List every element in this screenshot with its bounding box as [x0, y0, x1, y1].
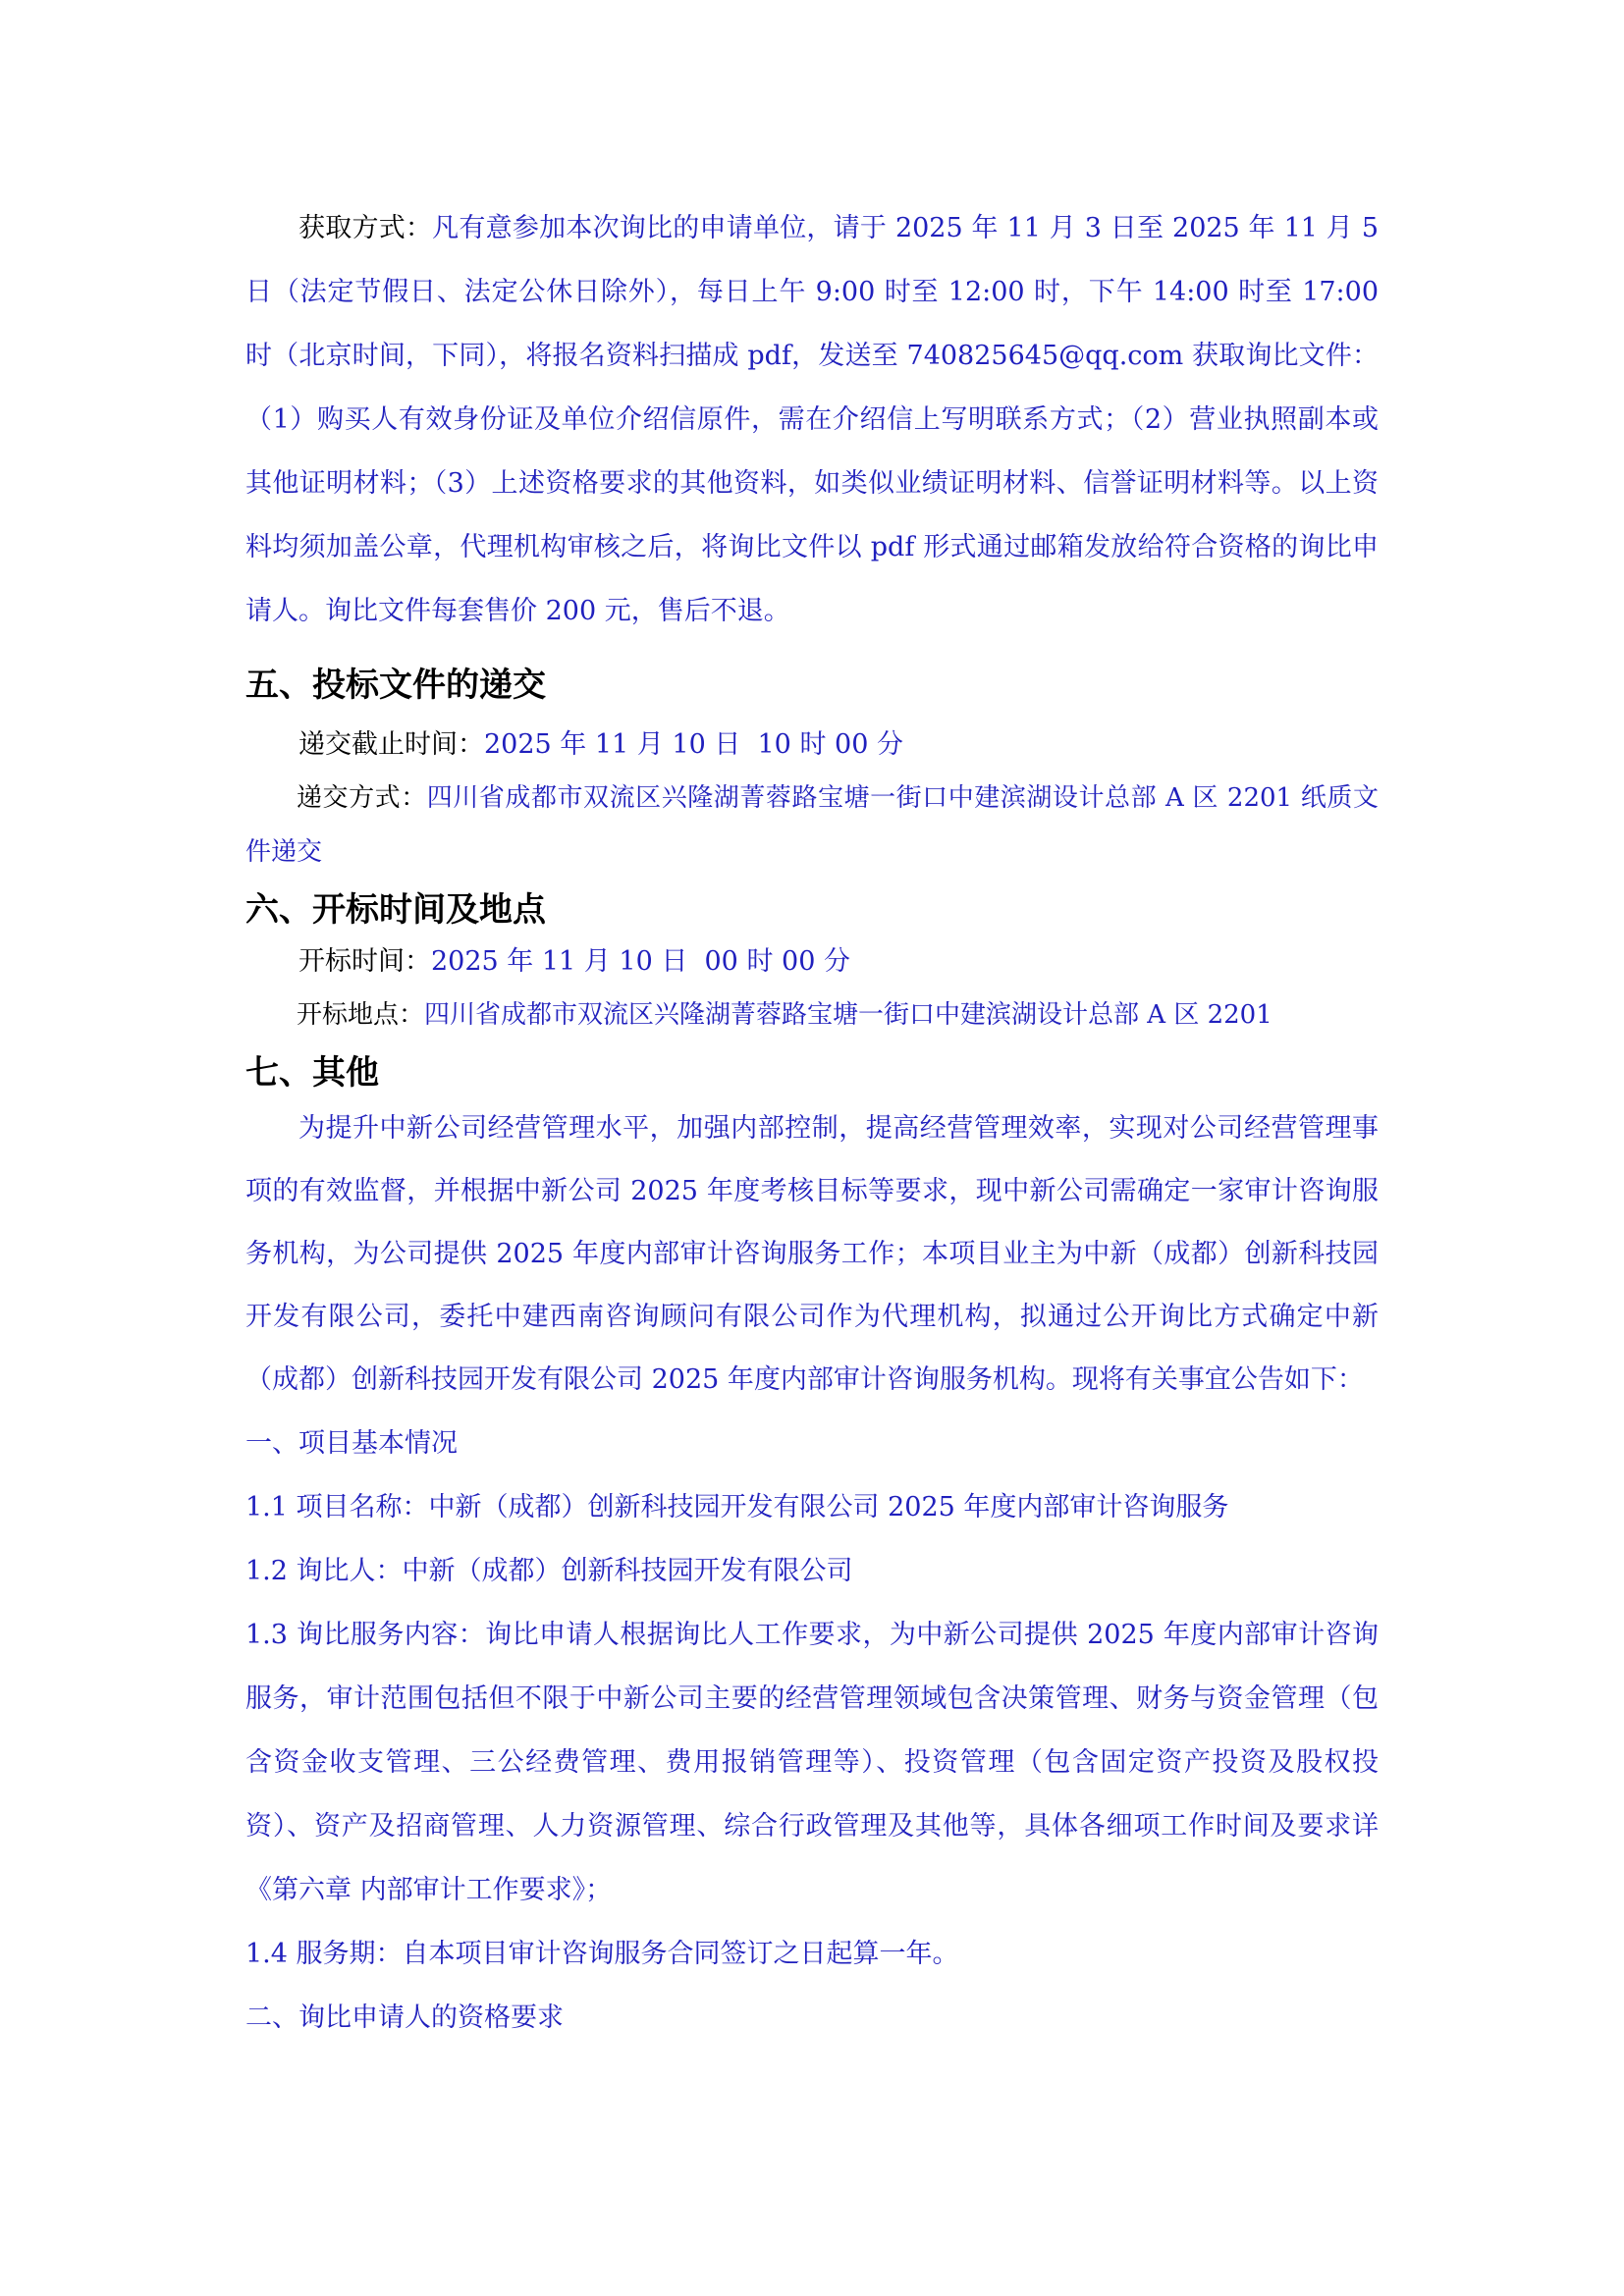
bid-opening-place-line: 开标地点：四川省成都市双流区兴隆湖菁蓉路宝塘一街口中建滨湖设计总部 A 区 22… — [245, 988, 1379, 1042]
submission-deadline-value: 2025 年 11 月 10 日 10 时 00 分 — [484, 729, 903, 760]
bid-opening-time-value: 2025 年 11 月 10 日 00 时 00 分 — [431, 946, 850, 977]
section6-heading: 六、开标时间及地点 — [245, 885, 1379, 934]
bid-opening-place-label: 开标地点： — [297, 1000, 424, 1030]
bid-opening-place-value: 四川省成都市双流区兴隆湖菁蓉路宝塘一街口中建滨湖设计总部 A 区 2201 — [424, 1000, 1272, 1030]
item-1-1: 1.1 项目名称：中新（成都）创新科技园开发有限公司 2025 年度内部审计咨询… — [245, 1475, 1379, 1539]
bid-opening-time-label: 开标时间： — [298, 946, 431, 977]
submission-method-label: 递交方式： — [297, 783, 427, 813]
para-section7-body: 为提升中新公司经营管理水平，加强内部控制，提高经营管理效率，实现对公司经营管理事… — [245, 1097, 1379, 1412]
document-page: 获取方式：凡有意参加本次询比的申请单位，请于 2025 年 11 月 3 日至 … — [0, 0, 1624, 2296]
item-1-3: 1.3 询比服务内容：询比申请人根据询比人工作要求，为中新公司提供 2025 年… — [245, 1603, 1379, 1922]
section7-heading: 七、其他 — [245, 1048, 1379, 1097]
section5-heading: 五、投标文件的递交 — [245, 661, 1379, 710]
acquisition-label: 获取方式： — [298, 213, 432, 243]
submission-deadline-label: 递交截止时间： — [298, 729, 484, 760]
item-1-2: 1.2 询比人：中新（成都）创新科技园开发有限公司 — [245, 1539, 1379, 1603]
qualification-heading: 二、询比申请人的资格要求 — [245, 1986, 1379, 2050]
basic-info-heading: 一、项目基本情况 — [245, 1412, 1379, 1475]
bid-opening-time-line: 开标时间：2025 年 11 月 10 日 00 时 00 分 — [245, 934, 1379, 988]
submission-deadline-line: 递交截止时间：2025 年 11 月 10 日 10 时 00 分 — [245, 718, 1379, 772]
item-1-4: 1.4 服务期：自本项目审计咨询服务合同签订之日起算一年。 — [245, 1922, 1379, 1986]
document-content: 获取方式：凡有意参加本次询比的申请单位，请于 2025 年 11 月 3 日至 … — [245, 196, 1379, 2050]
para-acquisition: 获取方式：凡有意参加本次询比的申请单位，请于 2025 年 11 月 3 日至 … — [245, 196, 1379, 643]
submission-method-line: 递交方式：四川省成都市双流区兴隆湖菁蓉路宝塘一街口中建滨湖设计总部 A 区 22… — [245, 772, 1379, 880]
acquisition-text: 凡有意参加本次询比的申请单位，请于 2025 年 11 月 3 日至 2025 … — [245, 213, 1379, 626]
